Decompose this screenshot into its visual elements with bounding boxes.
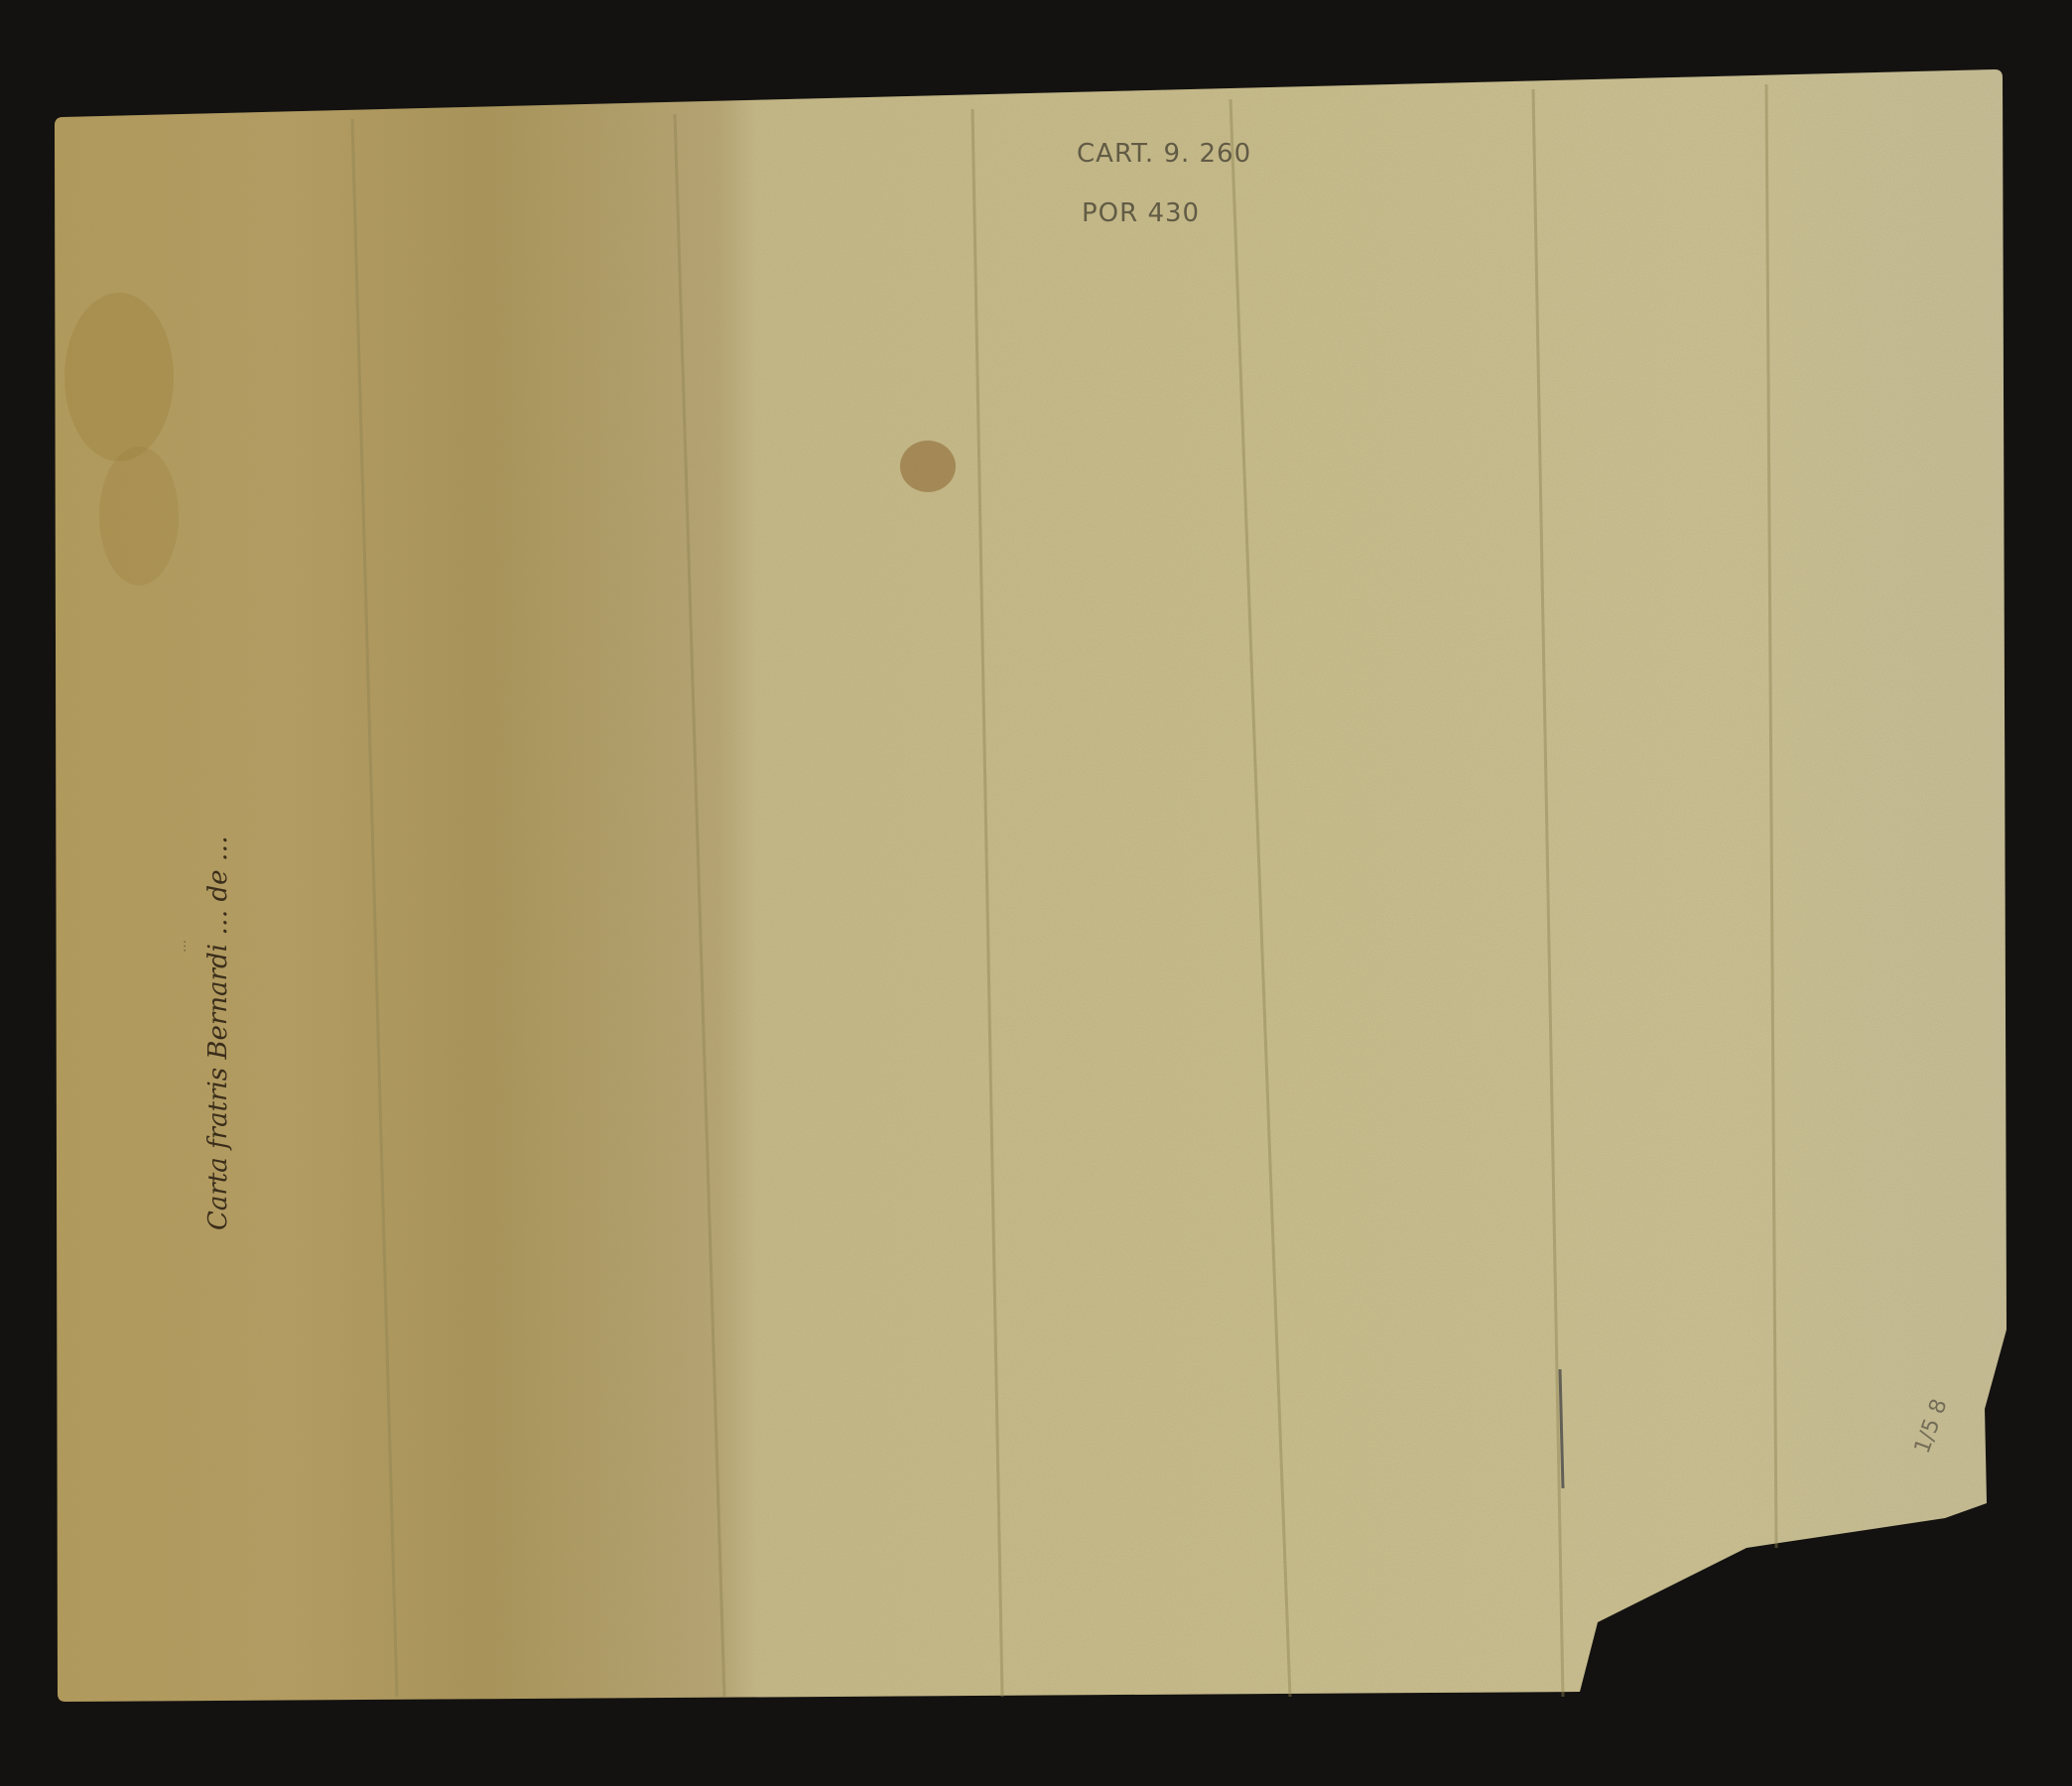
dorse-note-small: … xyxy=(175,940,190,953)
shelfmark-annotation-2: POR 430 xyxy=(1082,198,1200,228)
dorse-note: Carta fratris Bernardi … de … xyxy=(203,835,233,1230)
parchment-sheet xyxy=(0,0,2072,1786)
shelfmark-annotation: CART. 9. 260 xyxy=(1077,139,1251,169)
